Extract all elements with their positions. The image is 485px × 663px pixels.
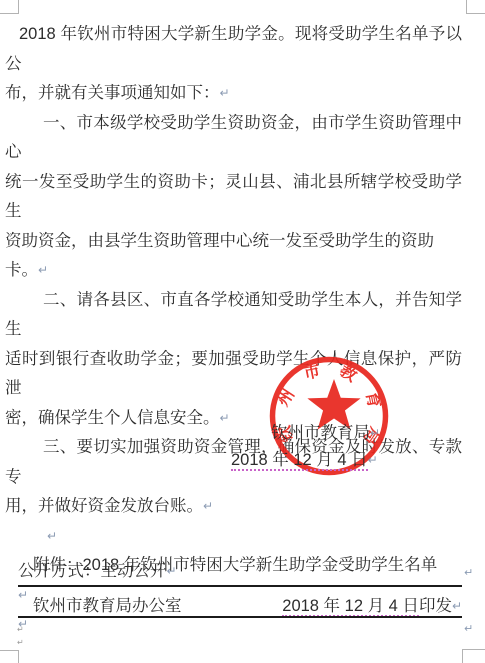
paragraph-mark: ↵ [220,86,230,100]
paragraph-mark: ↵ [167,564,177,578]
empty-line: ↵ [5,522,462,552]
body-line: 布，并就有关事项通知如下：↵ [5,79,462,109]
page-corner-mark-top-right [466,0,485,14]
document-body: 2018 年钦州市特困大学新生助学金。现将受助学生名单予以公 布，并就有关事项通… [5,20,462,640]
paragraph-mark: ↵ [18,588,28,602]
paragraph-mark: ↵ [47,529,57,543]
signature-date: 2018 年 12 月 4 日↵ [231,446,378,476]
signature-agency: 钦州市教育局↵ [271,419,380,449]
print-date-text: 2018 年 12 月 4 日 [282,597,419,617]
body-line-text: 布，并就有关事项通知如下： [5,84,220,102]
paragraph-mark: ↵ [368,453,378,467]
signature-date-text: 2018 年 12 月 4 日 [231,451,368,471]
body-line-text: 密，确保学生个人信息安全。 [5,409,220,427]
print-suffix-text: 印发 [419,597,452,615]
body-line: 统一发至受助学生的资助卡；灵山县、浦北县所辖学校受助学生 [5,168,462,227]
paragraph-mark: ↵ [203,499,213,513]
body-line-text: 二、请各县区、市直各学校通知受助学生本人，并告知学生 [5,291,462,339]
body-line: 用，并做好资金发放台账。↵ [5,492,462,522]
footer-rule-top [18,585,462,587]
document-page: 2018 年钦州市特困大学新生助学金。现将受助学生名单予以公 布，并就有关事项通… [0,0,485,663]
page-corner-mark-bottom-right [462,649,485,663]
signature-agency-text: 钦州市教育局 [271,424,370,442]
body-line: 资助资金，由县学生资助管理中心统一发至受助学生的资助卡。↵ [5,227,462,286]
disclosure-text: 公开方式：主动公开 [18,562,167,580]
body-line: 2018 年钦州市特困大学新生助学金。现将受助学生名单予以公 [5,20,462,79]
small-paragraph-mark: ↵ [17,639,24,647]
page-corner-mark-bottom-left [0,650,19,663]
paragraph-mark: ↵ [452,599,462,613]
disclosure-line: 公开方式：主动公开↵ [18,558,177,584]
body-line: 二、请各县区、市直各学校通知受助学生本人，并告知学生 [5,286,462,345]
footer-rule-bottom [18,616,462,618]
issuer-office-text: 钦州市教育局办公室 [33,597,182,615]
body-line-text: 2018 年钦州市特困大学新生助学金。现将受助学生名单予以公 [5,25,462,73]
paragraph-mark: ↵ [464,622,473,635]
body-line-text: 统一发至受助学生的资助卡；灵山县、浦北县所辖学校受助学生 [5,173,462,221]
small-paragraph-mark: ↵ [17,626,24,634]
body-line: 一、市本级学校受助学生资助资金，由市学生资助管理中心 [5,109,462,168]
body-line-text: 一、市本级学校受助学生资助资金，由市学生资助管理中心 [5,114,462,162]
paragraph-mark: ↵ [220,411,230,425]
paragraph-mark: ↵ [464,566,473,579]
body-line-text: 资助资金，由县学生资助管理中心统一发至受助学生的资助卡。 [5,232,434,280]
body-line-text: 用，并做好资金发放台账。 [5,497,203,515]
page-corner-mark-top-left [0,0,19,14]
paragraph-mark: ↵ [38,263,48,277]
paragraph-mark: ↵ [370,426,380,440]
